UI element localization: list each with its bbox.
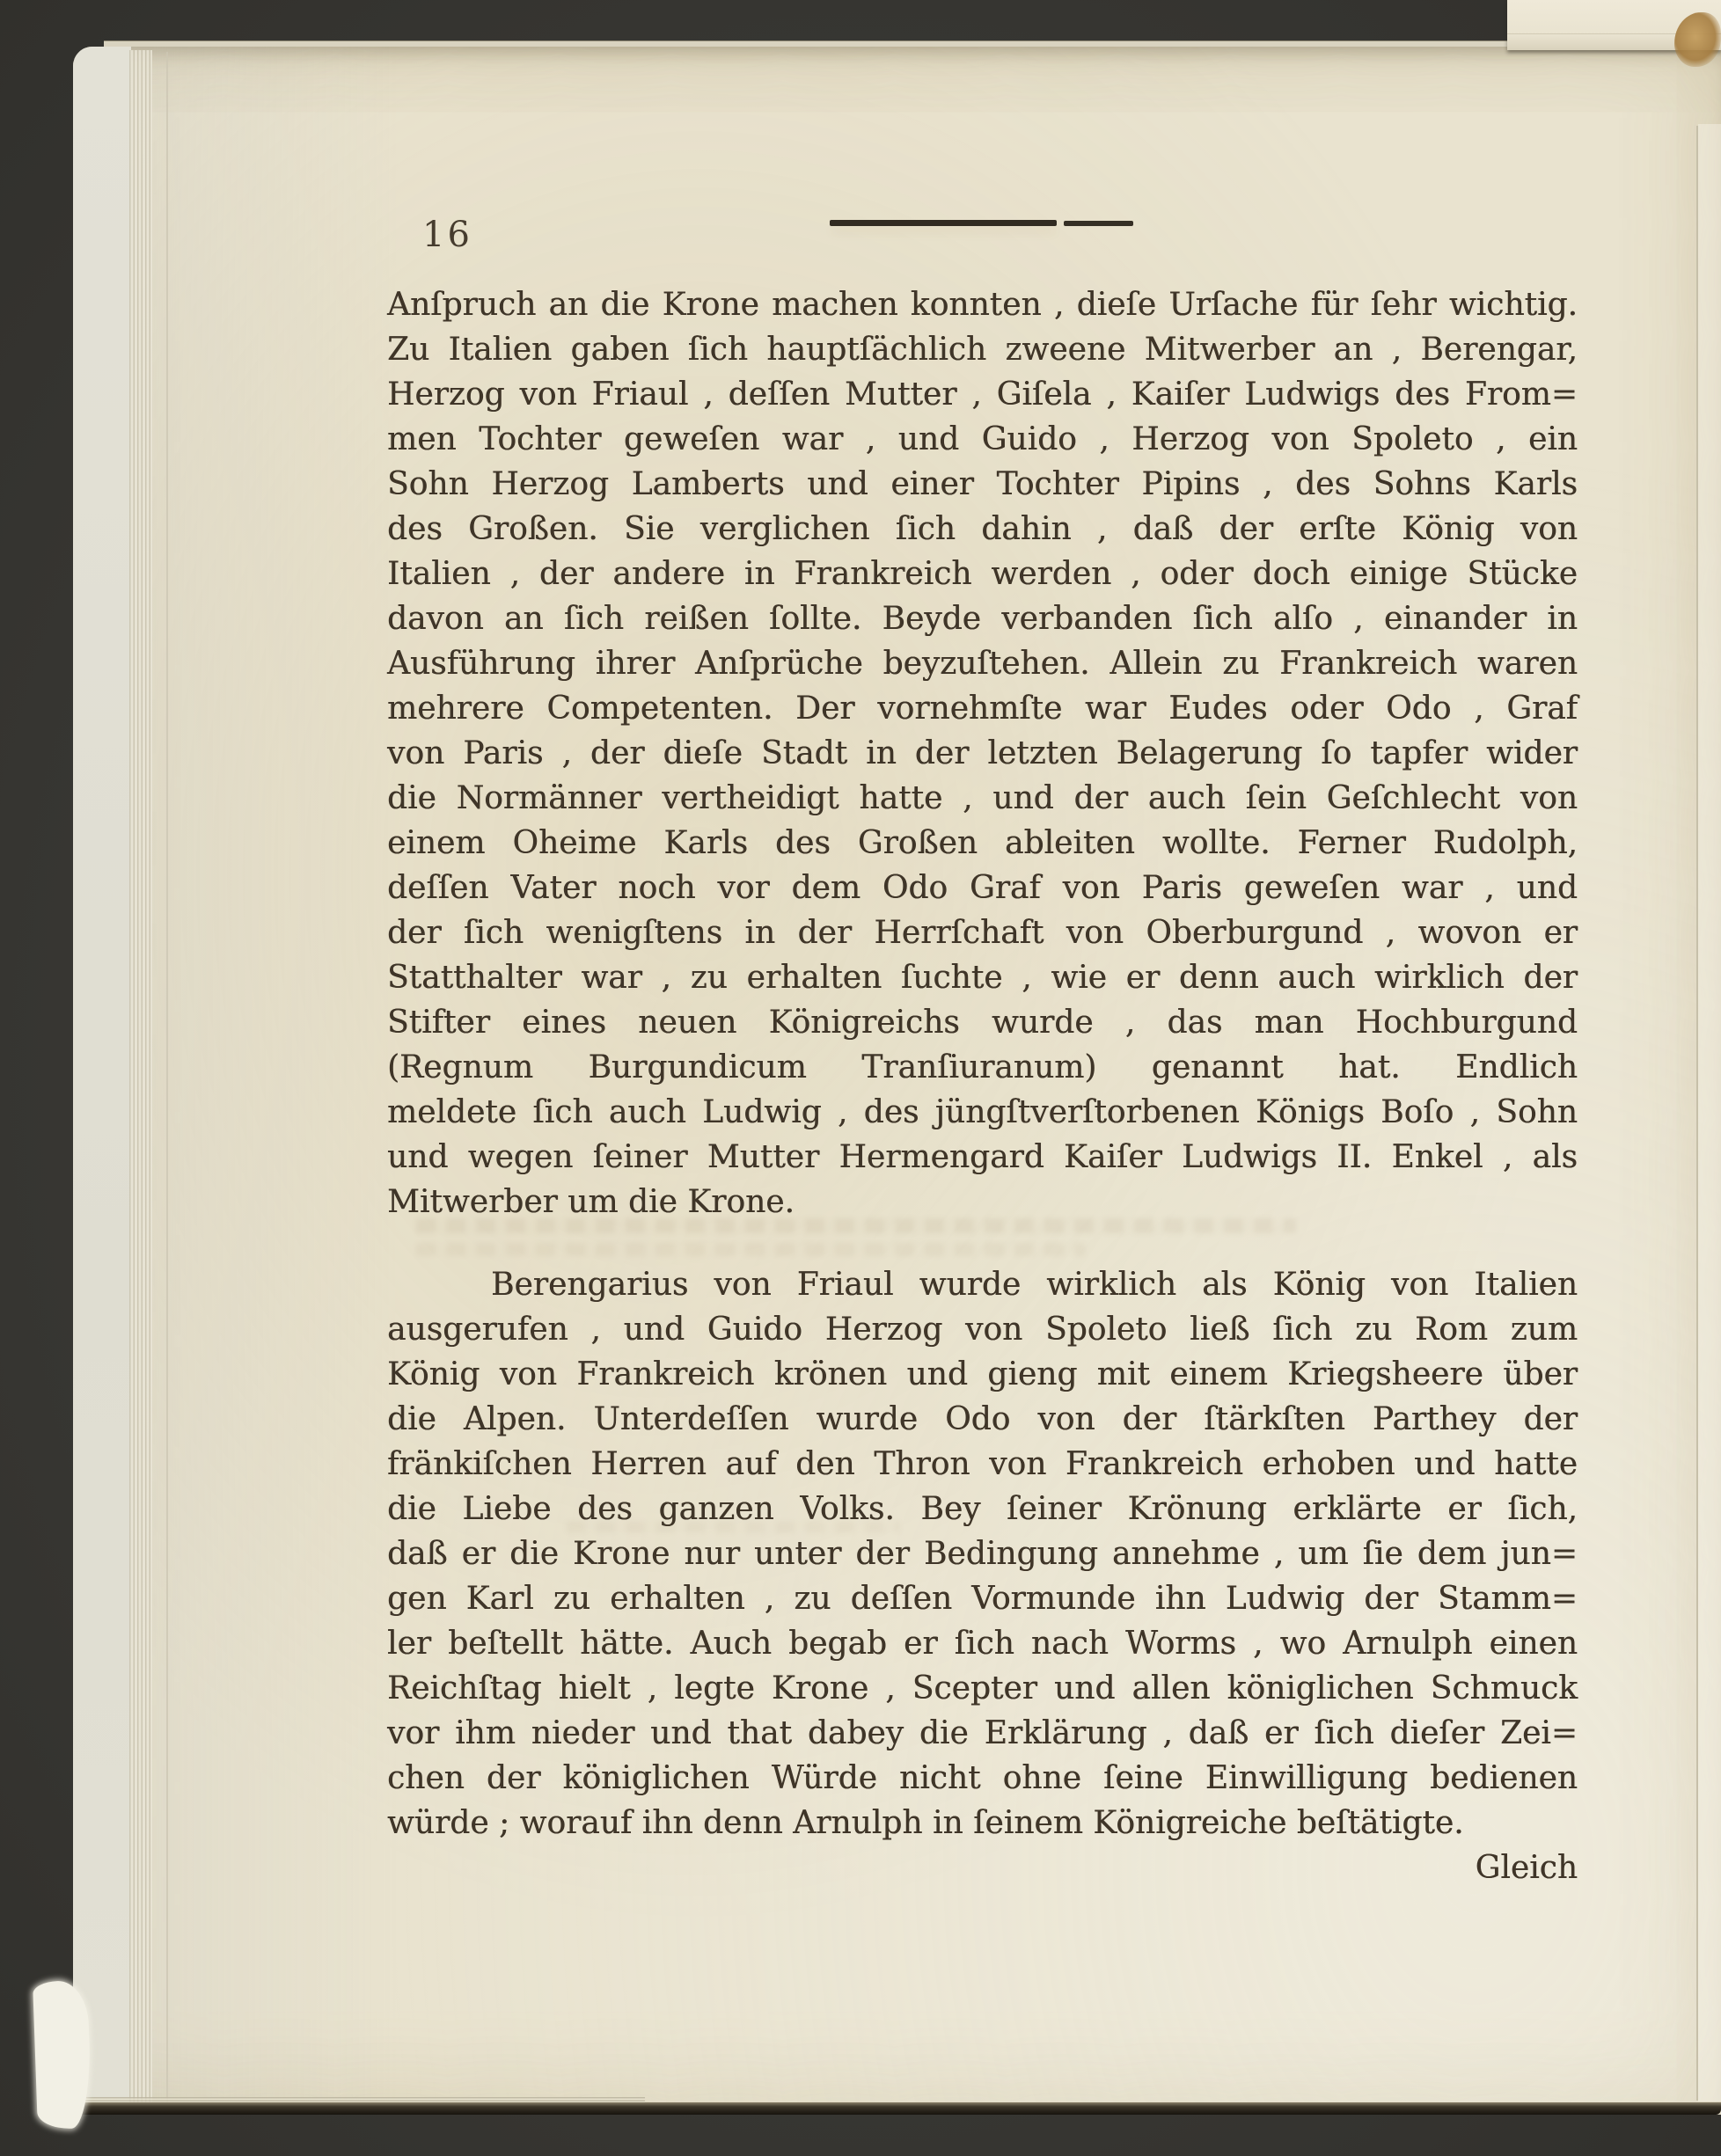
page-edge-line xyxy=(166,52,168,2108)
text-line: Herzog von Friaul , deſſen Mutter , Giſe… xyxy=(387,372,1578,417)
text-line: Anſpruch an die Krone machen konnten , d… xyxy=(387,282,1578,327)
text-line: fränkiſchen Herren auf den Thron von Fra… xyxy=(387,1442,1578,1487)
text-line: der ſich wenigſtens in der Herrſchaft vo… xyxy=(387,910,1578,955)
deckle-corner xyxy=(33,1980,92,2130)
catchword: Gleich xyxy=(387,1845,1578,1890)
text-line: von Paris , der dieſe Stadt in der letzt… xyxy=(387,731,1578,776)
text-line: die Liebe des ganzen Volks. Bey ſeiner K… xyxy=(387,1487,1578,1531)
text-line: Statthalter war , zu erhalten ſuchte , w… xyxy=(387,955,1578,1000)
bottom-edge-shadow xyxy=(73,2102,1721,2115)
text-line: men Tochter geweſen war , und Guido , He… xyxy=(387,417,1578,462)
text-line: chen der königlichen Würde nicht ohne ſe… xyxy=(387,1756,1578,1801)
header-rule-segment xyxy=(1064,221,1133,226)
stacked-page-edges xyxy=(129,50,152,2110)
header-rule xyxy=(830,220,1133,227)
text-line: Zu Italien gaben ſich hauptſächlich zwee… xyxy=(387,327,1578,372)
text-line: würde ; worauf ihn denn Arnulph in ſeine… xyxy=(387,1801,1578,1845)
text-line: Ausführung ihrer Anſprüche beyzuſtehen. … xyxy=(387,641,1578,686)
text-line: und wegen ſeiner Mutter Hermengard Kaiſe… xyxy=(387,1135,1578,1180)
text-line: Stifter eines neuen Königreichs wurde , … xyxy=(387,1000,1578,1045)
text-line: einem Oheime Karls des Großen ableiten w… xyxy=(387,821,1578,866)
text-line: Berengarius von Friaul wurde wirklich al… xyxy=(387,1262,1578,1307)
text-line: daß er die Krone nur unter der Bedingung… xyxy=(387,1531,1578,1576)
text-line: Sohn Herzog Lamberts und einer Tochter P… xyxy=(387,462,1578,507)
text-line: ler beſtellt hätte. Auch begab er ſich n… xyxy=(387,1621,1578,1666)
page-number: 16 xyxy=(422,216,472,254)
text-line: Italien , der andere in Frankreich werde… xyxy=(387,552,1578,596)
header-rule-segment xyxy=(830,220,1057,226)
text-line: die Alpen. Unterdeſſen wurde Odo von der… xyxy=(387,1397,1578,1442)
fore-edge-strip xyxy=(73,47,131,2115)
text-line: Mitwerber um die Krone. xyxy=(387,1180,1578,1224)
text-line: deſſen Vater noch vor dem Odo Graf von P… xyxy=(387,866,1578,910)
text-line: vor ihm nieder und that dabey die Erklär… xyxy=(387,1711,1578,1756)
text-line: des Großen. Sie verglichen ſich dahin , … xyxy=(387,507,1578,552)
text-line: ausgerufen , und Guido Herzog von Spolet… xyxy=(387,1307,1578,1352)
paragraph-2: Berengarius von Friaul wurde wirklich al… xyxy=(387,1262,1578,1890)
text-line: (Regnum Burgundicum Tranſiuranum) genann… xyxy=(387,1045,1578,1090)
right-edge-highlight xyxy=(1698,124,1721,2101)
text-line: König von Frankreich krönen und gieng mi… xyxy=(387,1352,1578,1397)
book-page: 16 Anſpruch an die Krone machen konnten … xyxy=(73,47,1721,2115)
text-line: gen Karl zu erhalten , zu deſſen Vormund… xyxy=(387,1576,1578,1621)
text-block: Anſpruch an die Krone machen konnten , d… xyxy=(387,282,1578,1890)
scan-background: 16 Anſpruch an die Krone machen konnten … xyxy=(0,0,1721,2156)
text-line: mehrere Competenten. Der vornehmſte war … xyxy=(387,686,1578,731)
text-line: die Normänner vertheidigt hatte , und de… xyxy=(387,776,1578,821)
text-line: Reichſtag hielt , legte Krone , Scepter … xyxy=(387,1666,1578,1711)
text-line: davon an ſich reißen ſollte. Beyde verba… xyxy=(387,596,1578,641)
text-line: meldete ſich auch Ludwig , des jüngſtver… xyxy=(387,1090,1578,1135)
paragraph-1: Anſpruch an die Krone machen konnten , d… xyxy=(387,282,1578,1224)
